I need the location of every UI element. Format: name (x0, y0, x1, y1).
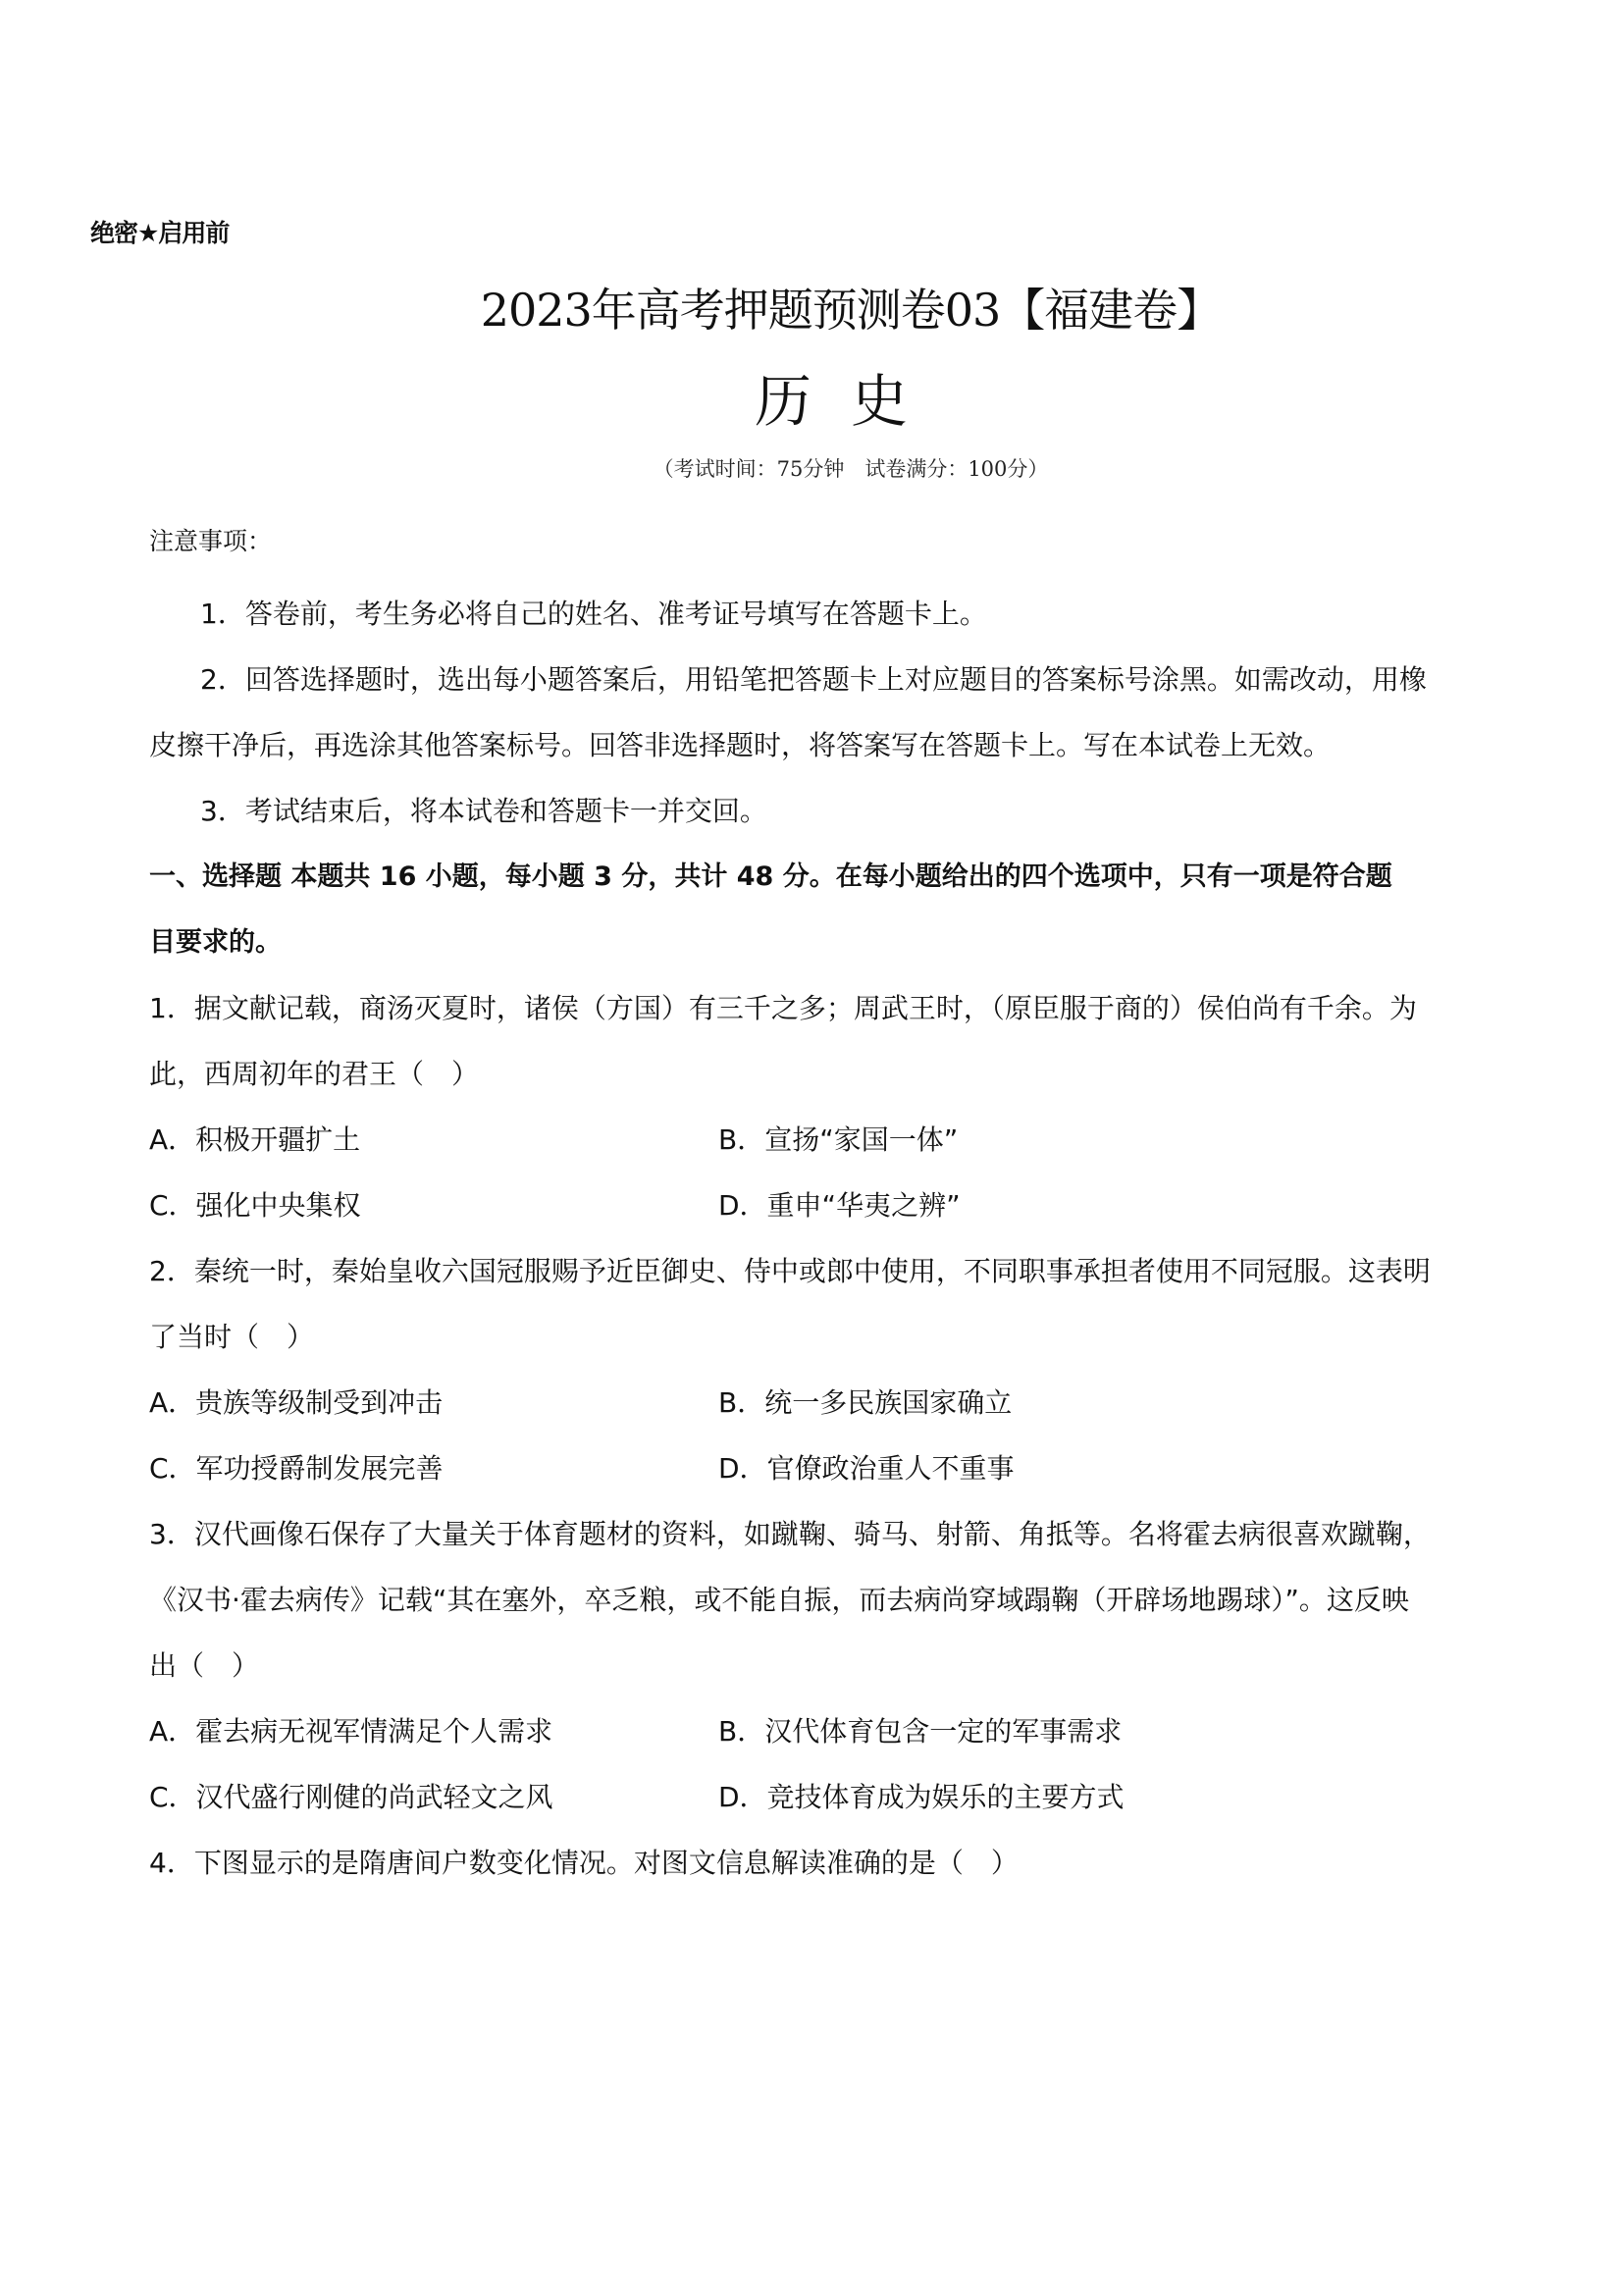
option-d: D．官僚政治重人不重事 (718, 1435, 1287, 1501)
question-stem: 《汉书·霍去病传》记载“其在塞外，卒乏粮，或不能自振，而去病尚穿域蹋鞠（开辟场地… (149, 1567, 1493, 1633)
option-c: C．军功授爵制发展完善 (149, 1435, 718, 1501)
exam-title: 2023年高考押题预测卷03【福建卷】 (0, 275, 1623, 339)
exam-content: 注意事项： 1．答卷前，考生务必将自己的姓名、准考证号填写在答题卡上。 2．回答… (149, 522, 1493, 1896)
notice-item-3: 3．考试结束后，将本试卷和答题卡一并交回。 (149, 778, 1493, 844)
section-heading-cont: 目要求的。 (149, 910, 1493, 975)
question-stem: 2．秦统一时，秦始皇收六国冠服赐予近臣御史、侍中或郎中使用，不同职事承担者使用不… (149, 1238, 1493, 1304)
option-b: B．汉代体育包含一定的军事需求 (718, 1698, 1287, 1764)
option-a: A．积极开疆扩土 (149, 1107, 718, 1173)
question-2: 2．秦统一时，秦始皇收六国冠服赐予近臣御史、侍中或郎中使用，不同职事承担者使用不… (149, 1238, 1493, 1501)
option-d: D．竞技体育成为娱乐的主要方式 (718, 1764, 1287, 1830)
option-d: D．重申“华夷之辨” (718, 1173, 1287, 1238)
exam-info: （考试时间：75分钟 试卷满分：100分） (0, 453, 1623, 483)
question-stem: 1．据文献记载，商汤灭夏时，诸侯（方国）有三千之多；周武王时，（原臣服于商的）侯… (149, 975, 1493, 1041)
option-c: C．汉代盛行刚健的尚武轻文之风 (149, 1764, 718, 1830)
question-3: 3．汉代画像石保存了大量关于体育题材的资料，如蹴鞠、骑马、射箭、角抵等。名将霍去… (149, 1501, 1493, 1830)
notice-heading: 注意事项： (149, 522, 1493, 581)
exam-page: 绝密★启用前 2023年高考押题预测卷03【福建卷】 历史 （考试时间：75分钟… (0, 0, 1623, 2296)
section-heading: 一、选择题 本题共 16 小题，每小题 3 分，共计 48 分。在每小题给出的四… (149, 844, 1493, 910)
question-stem: 出（ ） (149, 1633, 1493, 1698)
notice-item-1: 1．答卷前，考生务必将自己的姓名、准考证号填写在答题卡上。 (149, 581, 1493, 647)
question-stem: 了当时（ ） (149, 1304, 1493, 1370)
subject-title: 历史 (0, 355, 1623, 438)
option-c: C．强化中央集权 (149, 1173, 718, 1238)
notice-item-2-cont: 皮擦干净后，再选涂其他答案标号。回答非选择题时，将答案写在答题卡上。写在本试卷上… (149, 712, 1493, 778)
question-stem: 4．下图显示的是隋唐间户数变化情况。对图文信息解读准确的是（ ） (149, 1830, 1493, 1896)
confidential-label: 绝密★启用前 (90, 214, 229, 249)
option-a: A．霍去病无视军情满足个人需求 (149, 1698, 718, 1764)
question-4: 4．下图显示的是隋唐间户数变化情况。对图文信息解读准确的是（ ） (149, 1830, 1493, 1896)
question-1: 1．据文献记载，商汤灭夏时，诸侯（方国）有三千之多；周武王时，（原臣服于商的）侯… (149, 975, 1493, 1238)
option-a: A．贵族等级制受到冲击 (149, 1370, 718, 1435)
option-b: B．宣扬“家国一体” (718, 1107, 1287, 1173)
option-b: B．统一多民族国家确立 (718, 1370, 1287, 1435)
question-stem: 3．汉代画像石保存了大量关于体育题材的资料，如蹴鞠、骑马、射箭、角抵等。名将霍去… (149, 1501, 1493, 1567)
question-stem: 此，西周初年的君王（ ） (149, 1041, 1493, 1107)
notice-item-2: 2．回答选择题时，选出每小题答案后，用铅笔把答题卡上对应题目的答案标号涂黑。如需… (149, 647, 1493, 712)
